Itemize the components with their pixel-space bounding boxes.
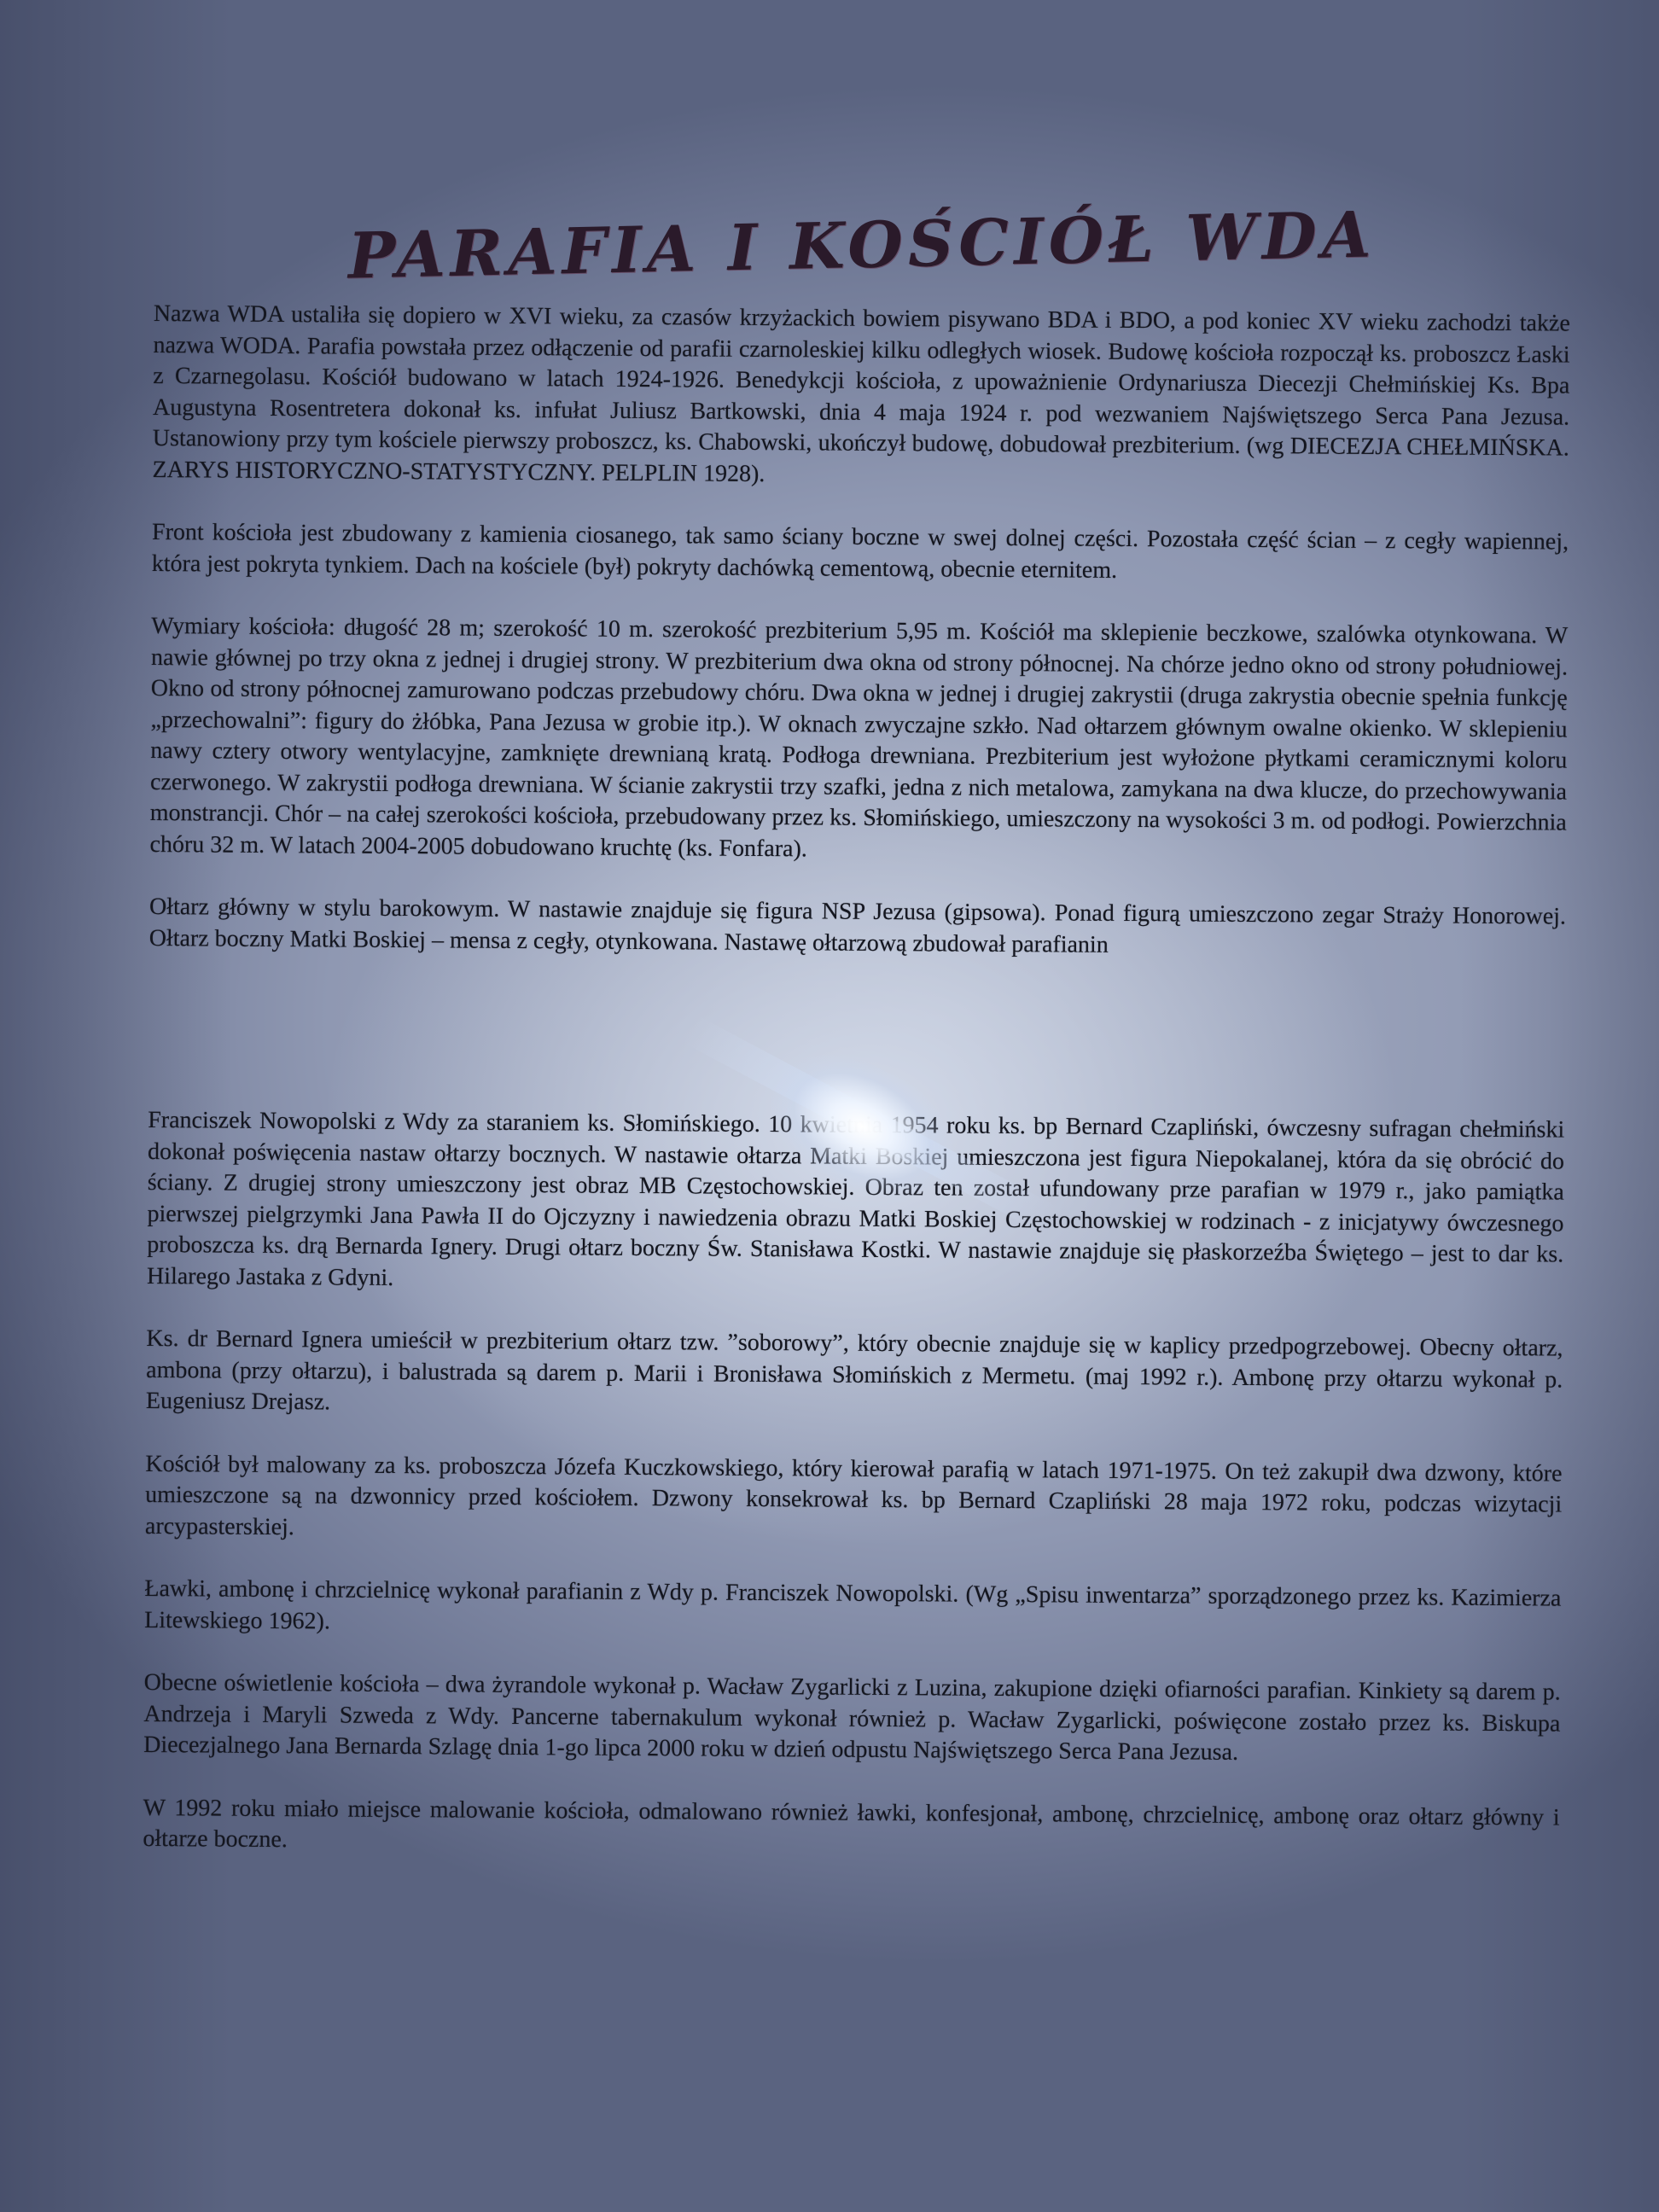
- paragraph-construction: Front kościoła jest zbudowany z kamienia…: [152, 517, 1569, 590]
- paragraph-1992-painting: W 1992 roku miało miejsce malowanie kośc…: [143, 1792, 1559, 1865]
- paragraph-soborowy-altar: Ks. dr Bernard Ignera umieścił w prezbit…: [146, 1324, 1563, 1427]
- paragraph-side-altars: Franciszek Nowopolski z Wdy za staraniem…: [147, 1105, 1564, 1302]
- paragraph-pews: Ławki, ambonę i chrzcielnicę wykonał par…: [144, 1574, 1561, 1646]
- paragraph-name-history: Nazwa WDA ustaliła się dopiero w XVI wie…: [152, 299, 1569, 496]
- paragraph-painting-bells: Kościół był malowany za ks. proboszcza J…: [145, 1448, 1563, 1551]
- paragraph-lighting: Obecne oświetlenie kościoła – dwa żyrand…: [143, 1668, 1561, 1771]
- glare-gap: [148, 986, 1565, 1115]
- paragraph-main-altar: Ołtarz główny w stylu barokowym. W nasta…: [149, 892, 1566, 964]
- paragraph-dimensions: Wymiary kościoła: długość 28 m; szerokoś…: [149, 611, 1568, 870]
- document-body: Nazwa WDA ustaliła się dopiero w XVI wie…: [143, 299, 1570, 1896]
